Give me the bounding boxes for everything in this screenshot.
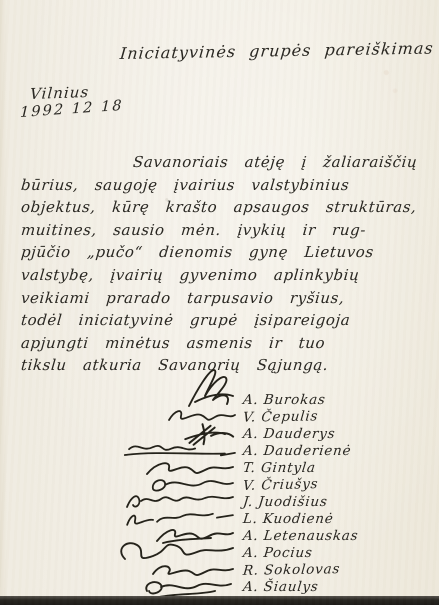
signatory-name: A. Letenauskas: [242, 528, 359, 544]
document-body: Savanoriais atėję į žaliaraiščių būrius,…: [21, 151, 435, 377]
scanned-document-page: Iniciatyvinės grupės pareiškimas Vilnius…: [0, 0, 439, 605]
signatory-name: T. Gintyla: [242, 460, 317, 476]
body-line: būrius, saugoję įvairius valstybinius: [20, 174, 436, 197]
signature-scribble-icon: [147, 560, 237, 580]
signatory-name: V. Čriušys: [242, 476, 319, 494]
signatory-name: A. Dauderienė: [242, 443, 352, 459]
signatory-name: A. Dauderys: [242, 426, 336, 442]
signature-row: A. Šiaulys: [116, 579, 358, 596]
signature-row: A. Dauderienė: [116, 442, 358, 459]
signatory-name: A. Šiaulys: [242, 579, 319, 595]
body-line: veikiami prarado tarpusavio ryšius,: [20, 287, 436, 310]
signatory-name: A. Burokas: [242, 392, 326, 408]
signature-scribble-icon: [125, 439, 238, 463]
body-line: todėl iniciatyvinė grupė įsipareigoja: [20, 309, 436, 332]
body-line: muitines, sausio mėn. įvykių ir rug-: [20, 219, 436, 242]
body-line: valstybę, įvairių gyvenimo aplinkybių: [20, 264, 436, 287]
signatory-name: A. Pocius: [242, 545, 313, 561]
signature-scribble-icon: [183, 364, 237, 410]
document-title: Iniciatyvinės grupės pareiškimas: [119, 39, 434, 63]
scan-cutoff-bar: [0, 596, 439, 605]
signature-row: J. Juodišius: [116, 493, 358, 510]
body-line: Savanoriais atėję į žaliaraiščių: [20, 151, 436, 174]
signature-row: R. Sokolovas: [116, 561, 358, 578]
signatory-name: V. Čepulis: [242, 408, 319, 425]
body-line: pjūčio „pučo“ dienomis gynę Lietuvos: [20, 241, 436, 264]
signature-scribble-icon: [121, 507, 238, 531]
signatory-name: L. Kuodienė: [242, 511, 334, 527]
signature-row: T. Gintyla: [116, 459, 358, 476]
signatory-name: R. Sokolovas: [242, 561, 341, 579]
signature-row: A. Pocius: [116, 544, 358, 561]
body-line: apjungti minėtus asmenis ir tuo: [20, 332, 436, 355]
signature-list: A. Burokas V. Čepulis A. Dauderys A. Dau…: [116, 391, 358, 596]
signatory-name: J. Juodišius: [242, 494, 328, 510]
signature-row: L. Kuodienė: [116, 510, 358, 527]
body-line: objektus, kūrę krašto apsaugos struktūra…: [20, 196, 436, 219]
